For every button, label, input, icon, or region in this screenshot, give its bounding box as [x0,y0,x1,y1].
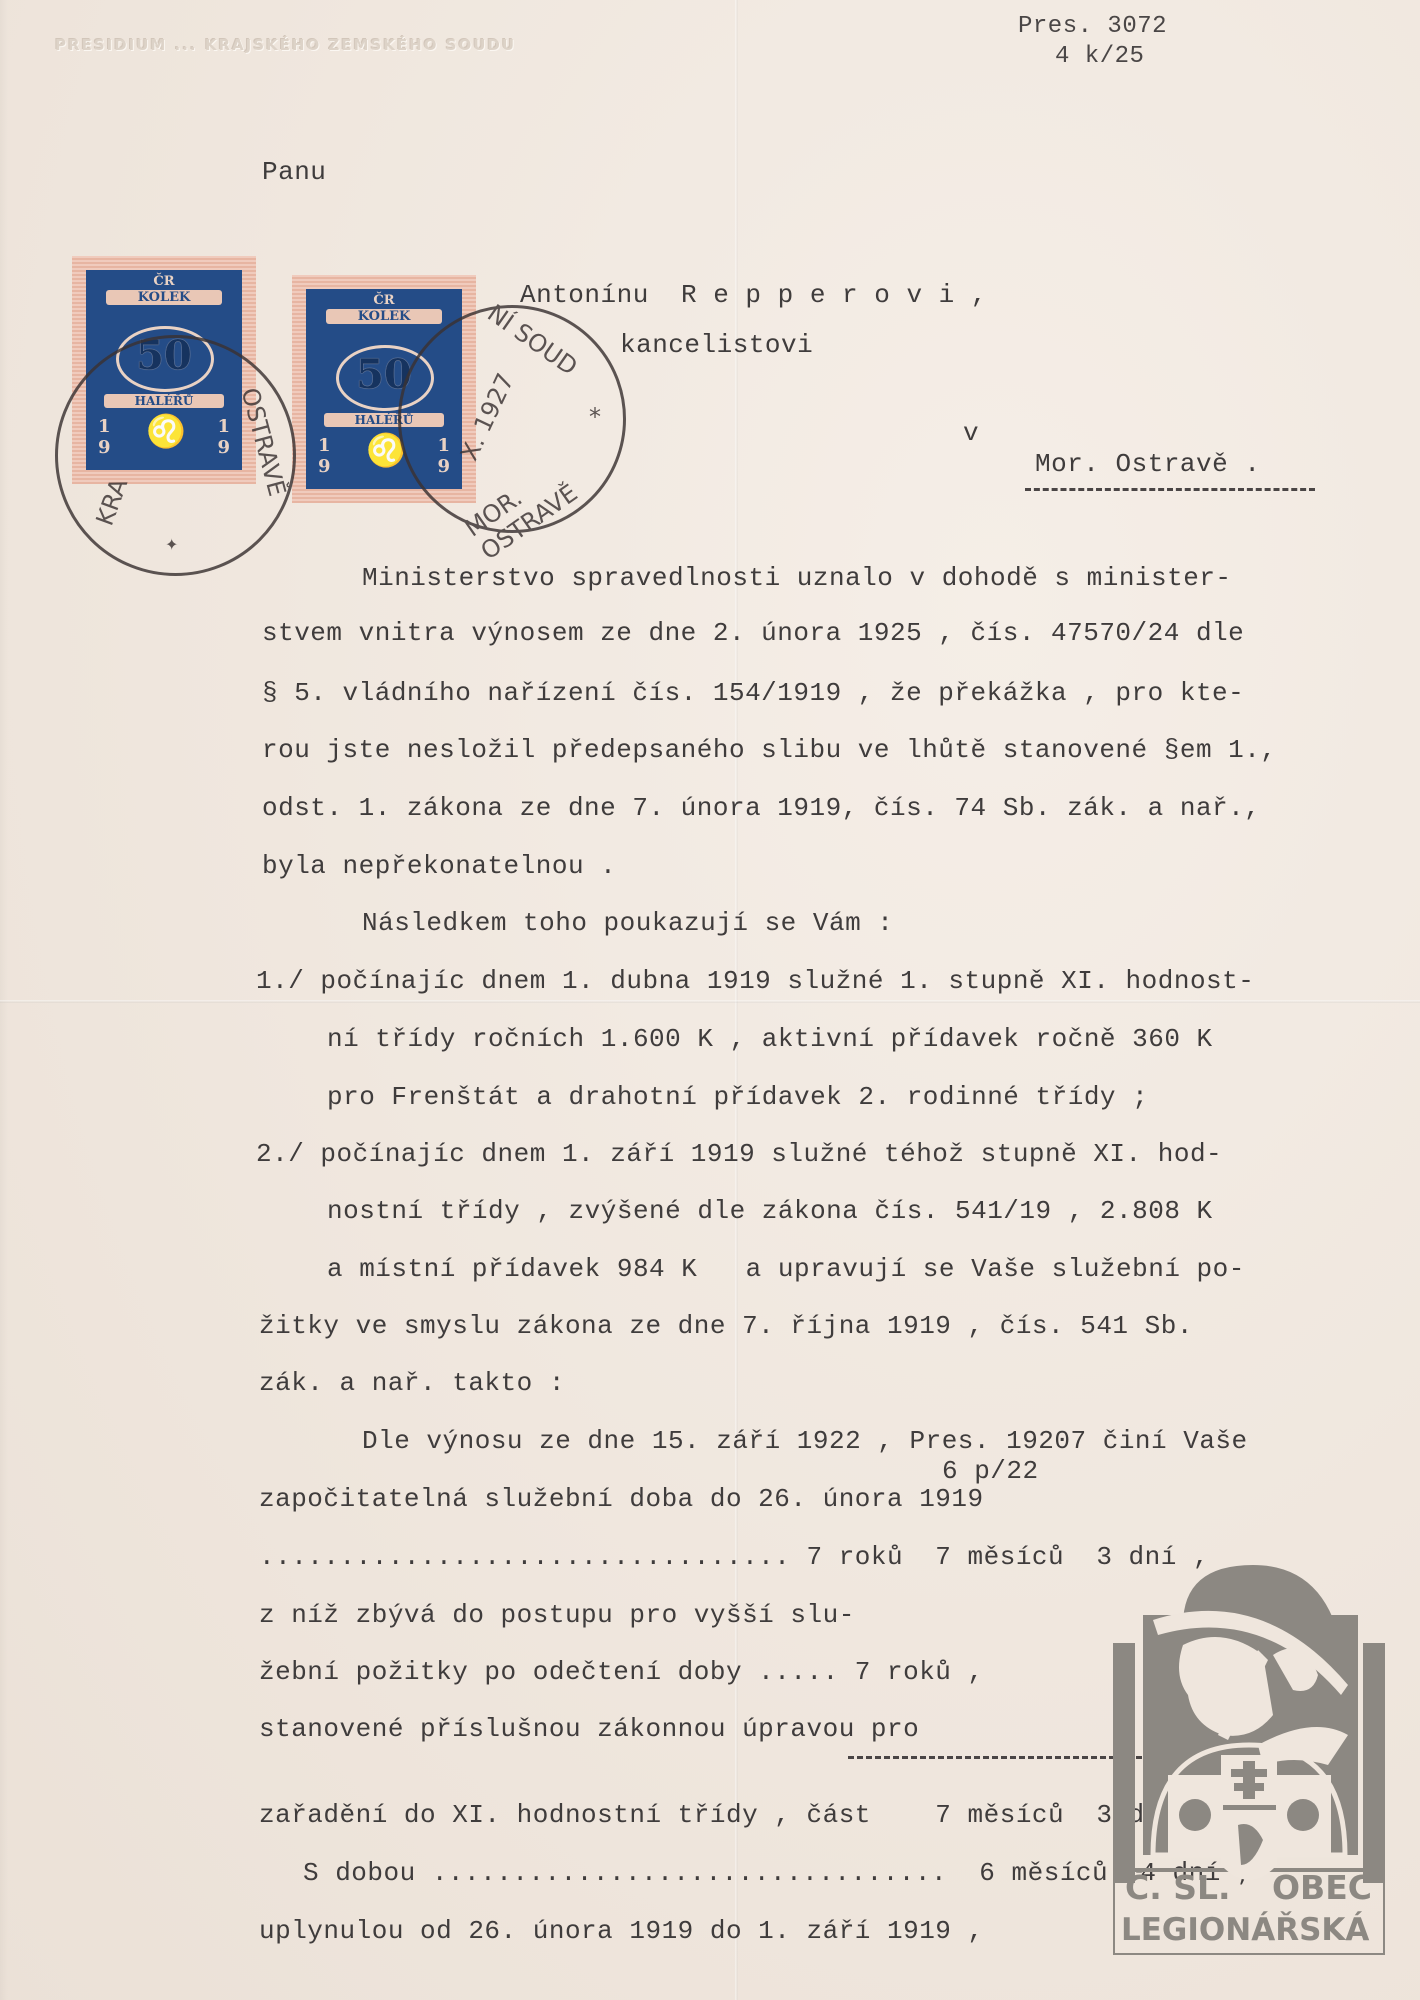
addressee-title: kancelistovi [620,330,813,360]
postmark-date: X. 1927 [455,369,520,465]
elapsed-period-line: uplynulou od 26. února 1919 do 1. září 1… [259,1916,984,1946]
item1-line-3: pro Frenštát a drahotní přídavek 2. rodi… [327,1082,1148,1112]
addressee-city: Mor. Ostravě . [1035,449,1260,479]
postmark-star-icon: * [589,403,601,431]
remaining-line-1: z níž zbývá do postupu pro vyšší slu- [259,1600,855,1630]
embossed-letterhead: PRESIDIUM ... KRAJSKÉHO ZEMSKÉHO SOUDU [55,36,516,54]
body-line-4: rou jste nesložil předepsaného slibu ve … [262,735,1276,765]
body-line-5: odst. 1. zákona ze dne 7. února 1919, čí… [262,793,1260,823]
body-line-1: Ministerstvo spravedlnosti uznalo v doho… [362,563,1232,593]
item1-line-1: 1./ počínajíc dnem 1. dubna 1919 služné … [256,966,1254,996]
consequence-line: Následkem toho poukazují se Vám : [362,908,893,938]
logo-text-line2: LEGIONÁŘSKÁ [1121,1912,1369,1948]
paper-fold-horizontal [0,1000,1420,1003]
reference-sub: 4 k/25 [1055,42,1144,72]
item2-line-5: zák. a nař. takto : [259,1368,565,1398]
postmark-left-text: KRA [91,475,134,530]
postmark-right-text: OSTRAVĚ [236,385,292,499]
item2-line-2: nostní třídy , zvýšené dle zákona čís. 5… [327,1196,1213,1226]
stamp-country: ČR [306,293,462,308]
service-period-line: započitatelná služební doba do 26. února… [259,1484,984,1514]
postmark-right: NÍ SOUD X. 1927 MOR. OSTRAVĚ * [398,305,626,533]
item1-line-2: ní třídy ročních 1.600 K , aktivní přída… [327,1024,1213,1054]
salutation: Panu [262,157,326,187]
city-underline [1025,488,1315,491]
in-label: v [963,418,979,448]
stamp-label: KOLEK [326,309,442,324]
stamp-year-left: 19 [318,435,331,477]
body-line-3: § 5. vládního nařízení čís. 154/1919 , ž… [262,678,1244,708]
with-period-line: S dobou ................................… [303,1858,1253,1888]
decree-line: Dle výnosu ze dne 15. září 1922 , Pres. … [362,1426,1248,1456]
addressee-name: Antonínu R e p p e r o v i , [520,280,987,310]
service-total-line: ................................. 7 roků… [259,1542,1209,1572]
reference-number: Pres. 3072 [1018,12,1167,42]
decree-reference: 6 p/22 [942,1456,1039,1486]
item2-line-3: a místní přídavek 984 K a upravují se Va… [327,1254,1245,1284]
item2-line-4: žitky ve smyslu zákona ze dne 7. října 1… [259,1311,1193,1341]
classification-line: zařadění do XI. hodnostní třídy , část 7… [259,1800,1209,1830]
stamp-label: KOLEK [106,290,222,305]
logo-text-line1-right: OBEC [1272,1868,1372,1907]
item2-line-1: 2./ počínajíc dnem 1. září 1919 služné t… [256,1139,1222,1169]
remaining-line-3: stanovené příslušnou zákonnou úpravou pr… [259,1714,919,1744]
body-line-6: byla nepřekonatelnou . [262,851,616,881]
remaining-line-2: žební požitky po odečtení doby ..... 7 r… [259,1657,984,1687]
postmark-star-icon: ✦ [165,535,178,554]
body-line-2: stvem vnitra výnosem ze dne 2. února 192… [262,618,1244,648]
postmark-left: KRA OSTRAVĚ ✦ [55,335,296,576]
logo-text-line1-left: Č. SL. [1125,1868,1231,1907]
stamp-country: ČR [86,274,242,289]
